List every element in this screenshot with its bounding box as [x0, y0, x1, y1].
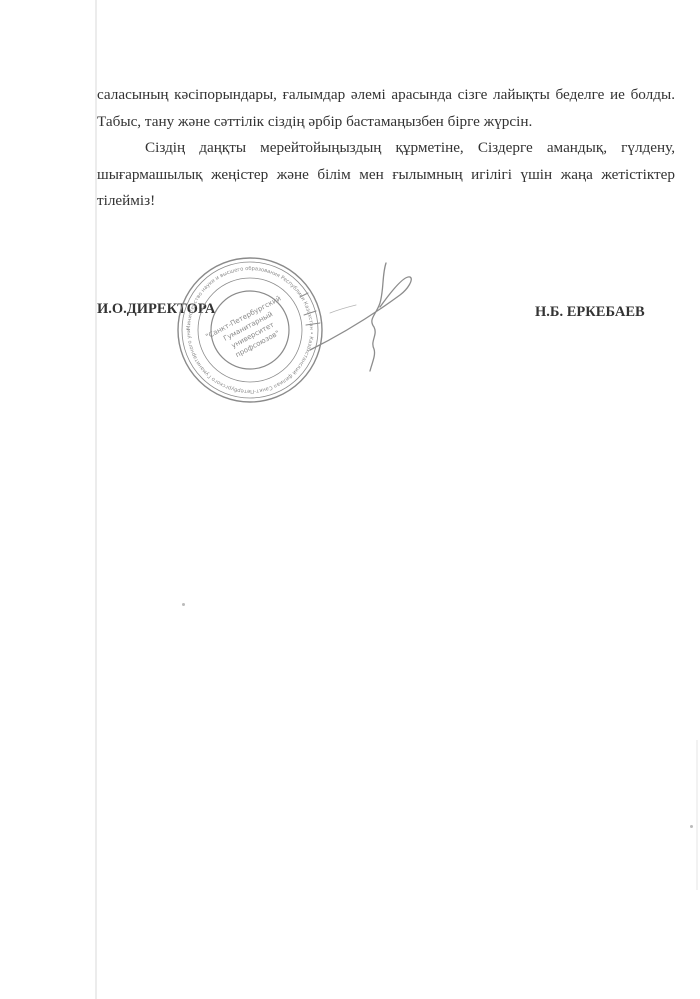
scan-speck: [690, 825, 693, 828]
scan-speck: [182, 603, 185, 606]
scan-edge-line: [696, 740, 698, 890]
paragraph-wishes: Сіздің даңқты мерейтойыңыздың құрметіне,…: [97, 135, 675, 215]
handwritten-signature-icon: [290, 255, 430, 375]
signer-name: Н.Б. ЕРКЕБАЕВ: [535, 304, 645, 321]
paragraph-closing-1: саласының кәсіпорындары, ғалымдар әлемі …: [97, 82, 675, 135]
letter-body: саласының кәсіпорындары, ғалымдар әлемі …: [97, 82, 675, 215]
document-page: саласының кәсіпорындары, ғалымдар әлемі …: [0, 0, 700, 999]
